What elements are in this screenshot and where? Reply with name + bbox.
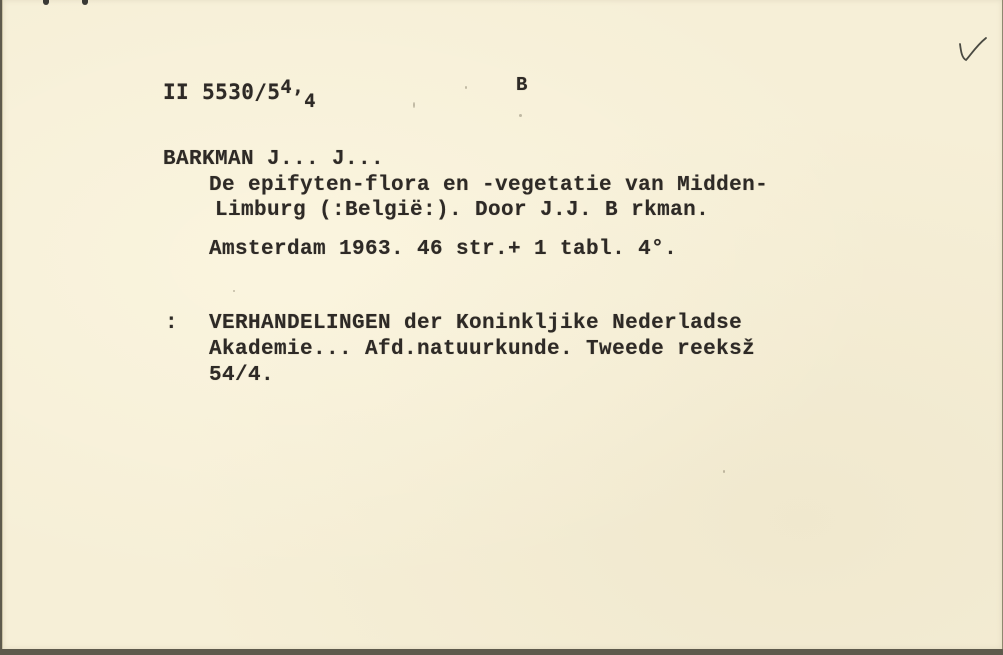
- series-line: Akademie... Afd.natuurkunde. Tweede reek…: [209, 338, 755, 361]
- punch-mark: [82, 0, 88, 5]
- paper-speck: [465, 86, 467, 89]
- title-line: Limburg (:België:). Door J.J. B rkman.: [215, 199, 709, 222]
- call-number-superscript: 4,: [280, 76, 304, 98]
- paper-speck: [723, 470, 725, 473]
- call-number: II 5530/54,4: [163, 80, 316, 104]
- series-line: VERHANDELINGEN der Koninkljike Nederlads…: [209, 312, 742, 335]
- handwritten-checkmark-icon: [958, 36, 988, 66]
- series-marker: :: [165, 312, 178, 335]
- paper-speck: [233, 290, 235, 292]
- paper-speck: [413, 102, 415, 108]
- catalog-card: II 5530/54,4 B BARKMAN J... J... De epif…: [2, 0, 1003, 649]
- paper-speck: [519, 114, 522, 117]
- call-number-subscript: 4: [304, 90, 316, 112]
- call-number-main: II 5530/5: [163, 80, 280, 104]
- imprint: Amsterdam 1963. 46 str.+ 1 tabl. 4°.: [209, 238, 677, 261]
- filing-letter: B: [516, 74, 528, 96]
- punch-mark: [43, 0, 49, 5]
- author-heading: BARKMAN J... J...: [163, 148, 384, 171]
- series-line: 54/4.: [209, 364, 274, 387]
- title-line: De epifyten-flora en -vegetatie van Midd…: [209, 174, 768, 197]
